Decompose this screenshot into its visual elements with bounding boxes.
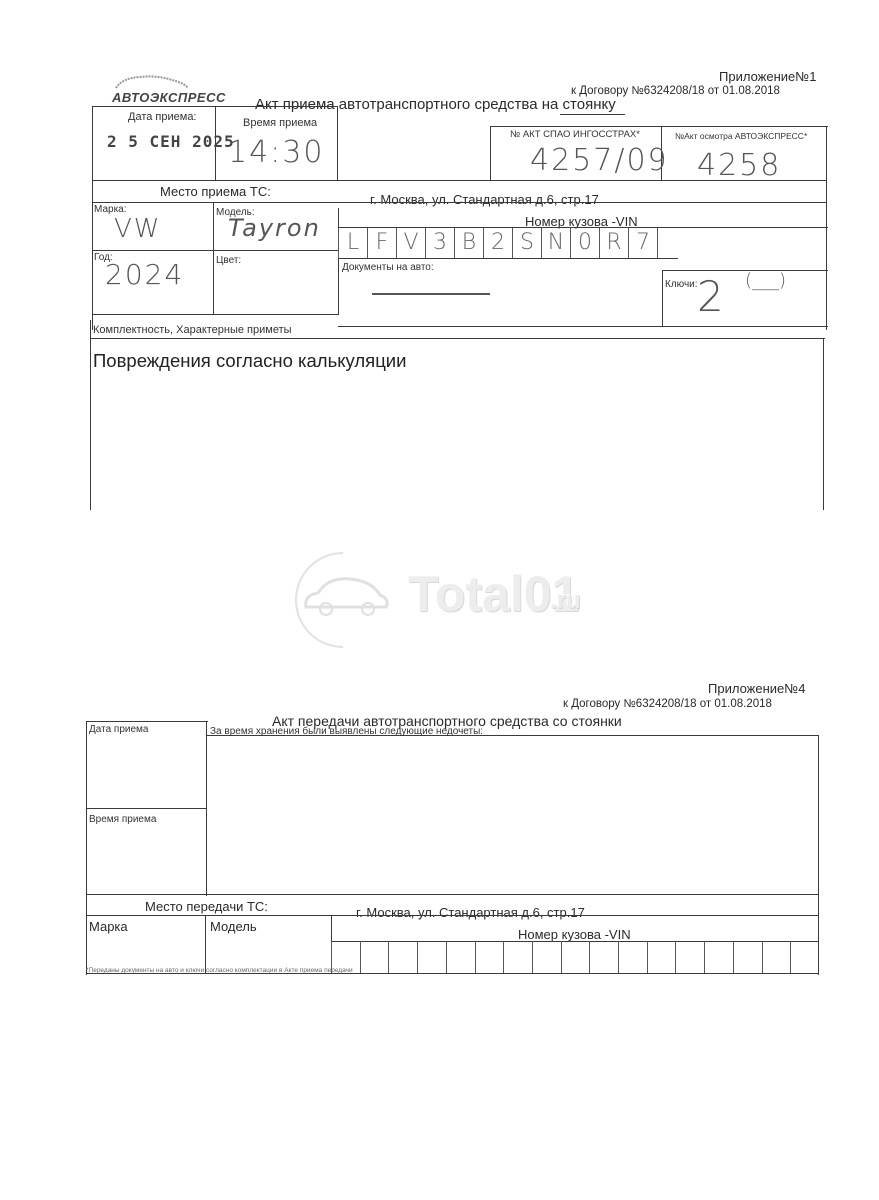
- vin-cell[interactable]: [790, 941, 820, 973]
- vin-cell[interactable]: [503, 941, 533, 973]
- vin-cell[interactable]: L: [338, 228, 368, 258]
- place-value: г. Москва, ул. Стандартная д.6, стр.17: [370, 192, 599, 207]
- vin-char: 7: [629, 230, 657, 255]
- vin-label: Номер кузова -VIN: [518, 927, 631, 942]
- appendix-label: Приложение№1: [719, 69, 816, 84]
- vin-char: R: [600, 230, 628, 255]
- color-label: Цвет:: [216, 255, 241, 266]
- place-label: Место передачи ТС:: [145, 899, 268, 914]
- place-label: Место приема ТС:: [160, 184, 271, 199]
- brand-label: Марка: [89, 919, 128, 934]
- act-ingos-value[interactable]: 4257/09: [530, 143, 669, 178]
- date-label: Дата приема:: [128, 111, 197, 123]
- vin-cell[interactable]: 0: [570, 228, 600, 258]
- defects-label: За время хранения были выявлены следующи…: [210, 726, 483, 737]
- vin-char: L: [339, 230, 367, 255]
- keys-extra: (___): [745, 270, 786, 291]
- documents-dash: [372, 293, 490, 295]
- keys-label: Ключи:: [665, 279, 698, 290]
- model-label: Модель: [210, 919, 257, 934]
- contract-reference: к Договору №6324208/18 от 01.08.2018: [563, 698, 772, 710]
- model-value[interactable]: Tayron: [228, 214, 321, 242]
- vin-cell[interactable]: [417, 941, 447, 973]
- company-logo: АВТОЭКСПРЕСС: [112, 90, 226, 105]
- vin-char: 3: [426, 230, 454, 255]
- vin-cell[interactable]: [618, 941, 648, 973]
- vin-char: V: [397, 230, 425, 255]
- brand-value[interactable]: VW: [114, 214, 162, 244]
- vin-cell[interactable]: S: [512, 228, 542, 258]
- vin-cell[interactable]: N: [541, 228, 571, 258]
- vin-char: F: [368, 230, 396, 255]
- vin-cell[interactable]: V: [396, 228, 426, 258]
- vin-cell[interactable]: [589, 941, 619, 973]
- documents-label: Документы на авто:: [342, 262, 434, 273]
- time-value[interactable]: 14:30: [228, 135, 324, 170]
- car-watermark-icon: [288, 545, 398, 655]
- year-value[interactable]: 2024: [105, 258, 184, 291]
- vin-cell-divider: [657, 228, 658, 258]
- watermark-suffix: .ru: [550, 587, 581, 615]
- vin-cell[interactable]: [733, 941, 763, 973]
- vin-cell[interactable]: [388, 941, 418, 973]
- vin-cell[interactable]: 2: [483, 228, 513, 258]
- footnote: *Переданы документы на авто и ключи согл…: [86, 967, 353, 974]
- watermark: Total01 .ru: [288, 545, 608, 655]
- vin-char: N: [542, 230, 570, 255]
- vin-grid: [331, 941, 819, 973]
- act-ingos-label: № АКТ СПАО ИНГОССТРАХ*: [510, 129, 640, 140]
- vin-cell[interactable]: [561, 941, 591, 973]
- car-logo-icon: [112, 72, 192, 90]
- act-inspect-value[interactable]: 4258: [697, 148, 781, 183]
- act-inspect-label: №Акт осмотра АВТОЭКСПРЕСС*: [675, 131, 807, 141]
- vin-cell[interactable]: 3: [425, 228, 455, 258]
- vin-grid: LFV3B2SN0R7: [338, 228, 678, 258]
- completeness-value[interactable]: Повреждения согласно калькуляции: [93, 350, 406, 372]
- vin-cell[interactable]: [647, 941, 677, 973]
- date-label: Дата приема: [89, 724, 148, 735]
- vin-cell[interactable]: [475, 941, 505, 973]
- vin-cell[interactable]: [532, 941, 562, 973]
- vin-cell[interactable]: [704, 941, 734, 973]
- appendix-label: Приложение№4: [708, 681, 805, 696]
- form-title: Акт приема автотранспортного средства на…: [255, 96, 616, 113]
- vin-cell[interactable]: [762, 941, 792, 973]
- defects-field[interactable]: [210, 740, 814, 890]
- date-stamp: 2 5 СЕН 2025: [107, 132, 235, 151]
- vin-cell[interactable]: R: [599, 228, 629, 258]
- time-label: Время приема: [243, 117, 317, 129]
- vin-cell[interactable]: [360, 941, 390, 973]
- vin-cell[interactable]: F: [367, 228, 397, 258]
- vin-cell[interactable]: 7: [628, 228, 658, 258]
- vin-cell[interactable]: [446, 941, 476, 973]
- vin-char: 2: [484, 230, 512, 255]
- vin-char: B: [455, 230, 483, 255]
- vin-cell[interactable]: [675, 941, 705, 973]
- vin-char: 0: [571, 230, 599, 255]
- time-label: Время приема: [89, 814, 156, 825]
- vin-char: S: [513, 230, 541, 255]
- completeness-label: Комплектность, Характерные приметы: [93, 324, 292, 336]
- vin-cell[interactable]: B: [454, 228, 484, 258]
- keys-value[interactable]: 2: [697, 272, 726, 321]
- place-value: г. Москва, ул. Стандартная д.6, стр.17: [356, 905, 585, 920]
